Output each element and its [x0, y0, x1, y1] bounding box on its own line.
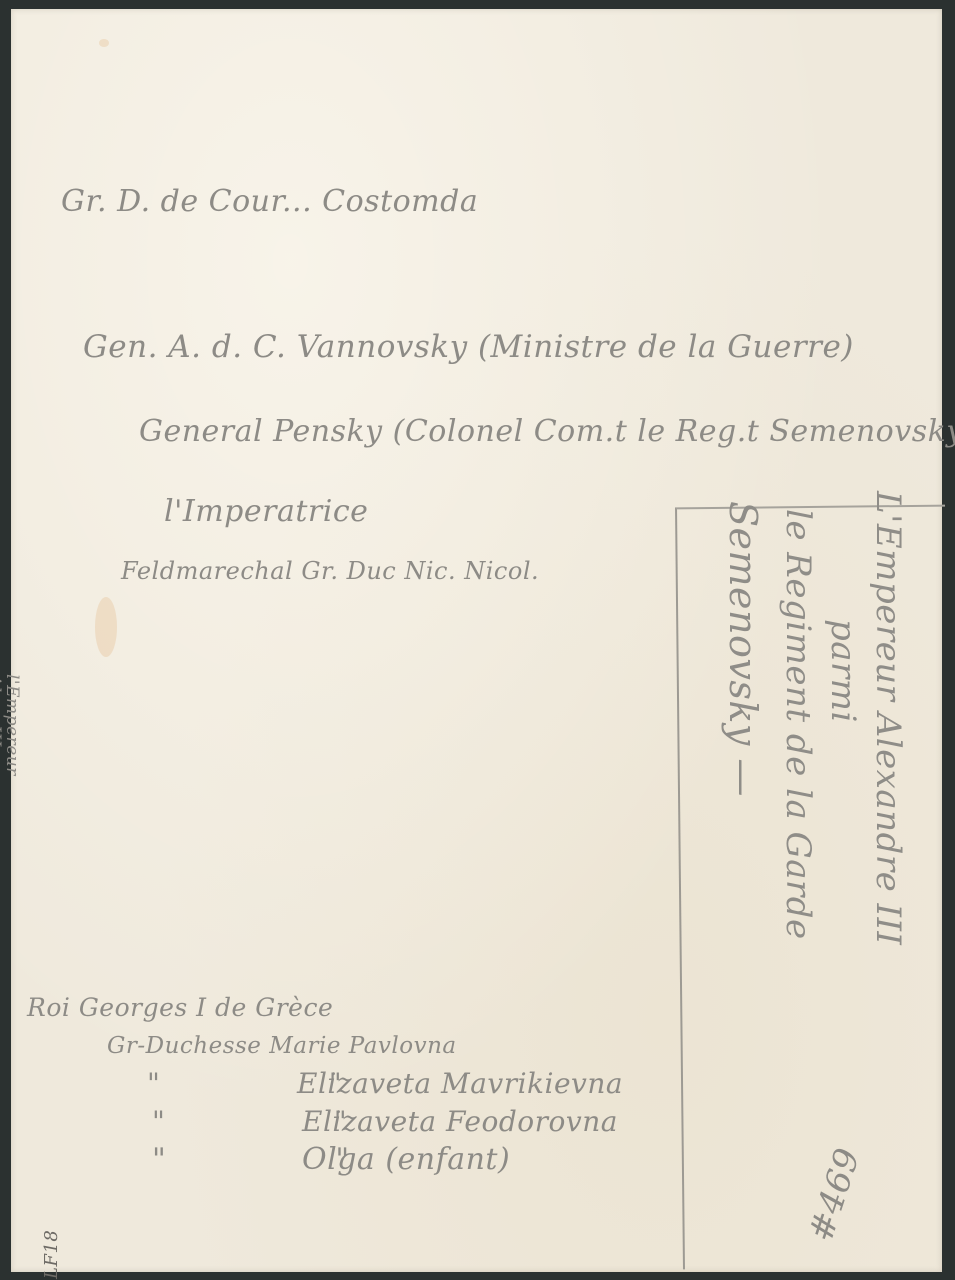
list-item-name: Elizaveta Mavrikievna	[297, 1067, 623, 1100]
annotation-line-4: l'Imperatrice	[164, 494, 368, 529]
list-item-name: Elizaveta Feodorovna	[302, 1105, 618, 1138]
paper-stain	[95, 597, 117, 657]
annotation-line-3: General Pensky (Colonel Com.t le Reg.t S…	[139, 414, 955, 449]
ditto-marks: " "	[152, 1103, 302, 1141]
side-note-line: l'Empereur	[3, 674, 21, 776]
list-item: " "Olga (enfant)	[152, 1141, 623, 1179]
annotation-line-2: Gen. A. d. C. Vannovsky (Ministre de la …	[83, 329, 854, 365]
boxed-note-text: le Regiment de la Garde	[770, 509, 826, 940]
list-item: " "Elizaveta Mavrikievna	[147, 1065, 623, 1103]
ditto-marks: " "	[147, 1065, 297, 1103]
boxed-note-line-3: le Regiment de la Garde	[770, 509, 826, 940]
list-item: Roi Georges I de Grèce	[27, 989, 623, 1027]
photo-card-verso: Gr. D. de Cour... Costomda Gen. A. d. C.…	[11, 9, 942, 1272]
boxed-note-text: Semenovsky —	[715, 501, 771, 797]
boxed-note-line-4: Semenovsky —	[715, 501, 771, 797]
bottom-name-list: Roi Georges I de Grèce Gr-Duchesse Marie…	[27, 989, 623, 1179]
list-item: " "Elizaveta Feodorovna	[152, 1103, 623, 1141]
ditto-marks: " "	[152, 1141, 302, 1179]
catalog-code: LF18	[41, 1230, 62, 1279]
paper-stain	[99, 39, 109, 47]
side-note-left: l'Empereur Alex. III	[0, 674, 21, 776]
annotation-line-5: Feldmarechal Gr. Duc Nic. Nicol.	[121, 557, 539, 585]
list-item: Gr-Duchesse Marie Pavlovna	[107, 1027, 623, 1065]
list-item-name: Olga (enfant)	[302, 1142, 510, 1177]
annotation-line-1: Gr. D. de Cour... Costomda	[61, 184, 478, 219]
